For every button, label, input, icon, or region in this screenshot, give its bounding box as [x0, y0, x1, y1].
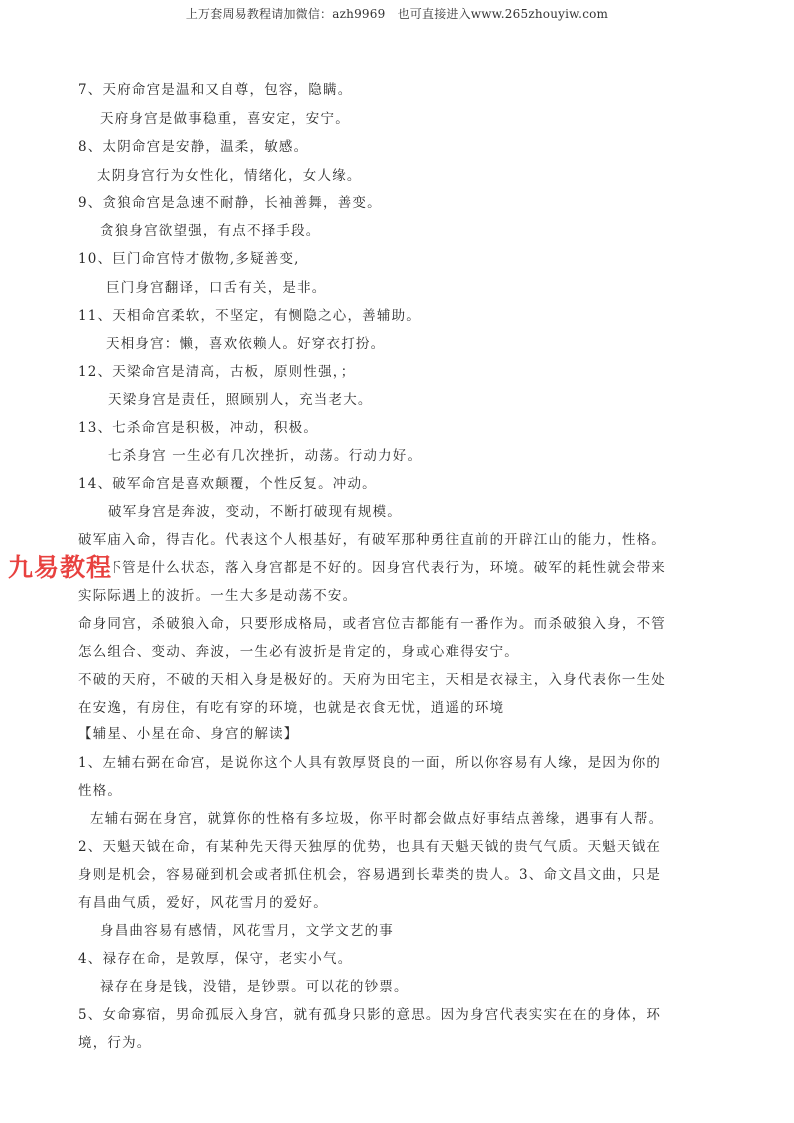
text-line: 12、天梁命宫是清高，古板，原则性强，；	[78, 360, 355, 380]
text-line: 怎么组合、变动、奔波，一生必有波折是肯定的，身或心难得安宁。	[78, 640, 519, 660]
text-line: 5、女命寡宿，男命孤辰入身宫，就有孤身只影的意思。因为身宫代表实实在在的身体，环	[78, 1003, 661, 1023]
text-line: 天梁身宫是责任，照顾别人，充当老大。	[108, 388, 373, 408]
watermark-logo: 九易教程	[6, 548, 114, 584]
text-line: 天相身宫：懒，喜欢依赖人。好穿衣打扮。	[106, 332, 385, 352]
page-header-banner: 上万套周易教程请加微信：azh9969 也可直接进入www.265zhouyiw…	[0, 5, 794, 22]
text-line: 七杀身宫 一生必有几次挫折，动荡。行动力好。	[108, 444, 422, 464]
text-line: 破军不管是什么状态，落入身宫都是不好的。因身宫代表行为，环境。破军的耗性就会带来	[78, 556, 666, 576]
text-line: 13、七杀命宫是积极，冲动，积极。	[78, 416, 318, 436]
text-line: 10、巨门命宫恃才傲物,多疑善变,	[78, 247, 300, 267]
text-line: 贪狼身宫欲望强，有点不择手段。	[100, 219, 321, 239]
text-line: 1、左辅右弼在命宫，是说你这个人具有敦厚贤良的一面，所以你容易有人缘，是因为你的	[78, 751, 661, 771]
text-line: 破军身宫是奔波，变动，不断打破现有规模。	[108, 500, 402, 520]
text-line: 7、天府命宫是温和又自尊，包容，隐瞒。	[78, 78, 352, 98]
text-line: 禄存在身是钱，没错，是钞票。可以花的钞票。	[100, 975, 409, 995]
text-line: 4、禄存在命，是敦厚，保守，老实小气。	[78, 947, 352, 967]
text-line: 破军庙入命，得吉化。代表这个人根基好，有破军那种勇往直前的开辟江山的能力，性格。	[78, 528, 666, 548]
text-line: 身则是机会，容易碰到机会或者抓住机会，容易遇到长辈类的贵人。3、命文昌文曲，只是	[78, 863, 661, 883]
text-line: 左辅右弼在身宫，就算你的性格有多垃圾，你平时都会做点好事结点善缘，遇事有人帮。	[90, 807, 663, 827]
text-line: 2、天魁天钺在命，有某种先天得天独厚的优势，也具有天魁天钺的贵气气质。天魁天钺在	[78, 835, 661, 855]
text-line: 14、破军命宫是喜欢颠覆，个性反复。冲动。	[78, 472, 377, 492]
text-line: 天府身宫是做事稳重，喜安定，安宁。	[100, 107, 350, 127]
text-line: 不破的天府，不破的天相入身是极好的。天府为田宅主，天相是衣禄主，入身代表你一生处	[78, 668, 666, 688]
text-line: 11、天相命宫柔软，不坚定，有恻隐之心，善辅助。	[78, 304, 421, 324]
text-line: 在安逸，有房住，有吃有穿的环境，也就是衣食无忧，逍遥的环境	[78, 696, 504, 716]
text-line: 身昌曲容易有感情，风花雪月，文学文艺的事	[100, 919, 394, 939]
text-line: 【辅星、小星在命、身宫的解读】	[78, 722, 299, 742]
text-line: 有昌曲气质，爱好，风花雪月的爱好。	[78, 891, 328, 911]
text-line: 实际际遇上的波折。一生大多是动荡不安。	[78, 584, 357, 604]
text-line: 性格。	[78, 779, 122, 799]
text-line: 巨门身宫翻译，口舌有关，是非。	[106, 276, 327, 296]
text-line: 境，行为。	[78, 1031, 152, 1051]
text-line: 命身同宫，杀破狼入命，只要形成格局，或者宫位吉都能有一番作为。而杀破狼入身，不管	[78, 612, 666, 632]
text-line: 太阴身宫行为女性化，情绪化，女人缘。	[97, 164, 362, 184]
text-line: 9、贪狼命宫是急速不耐静，长袖善舞，善变。	[78, 191, 382, 211]
text-line: 8、太阴命宫是安静，温柔，敏感。	[78, 135, 308, 155]
